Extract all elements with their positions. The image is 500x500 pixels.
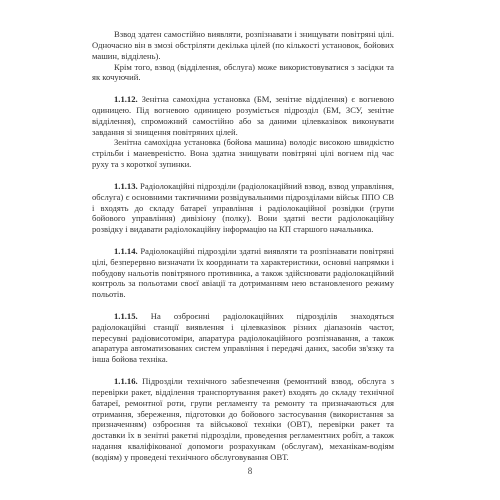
paragraph-1-1-15: 1.1.15. На озброєнні радіолокаційних під… bbox=[92, 311, 394, 365]
paragraph-self-propelled-unit: Зенітна самохідна установка (бойова маши… bbox=[92, 137, 394, 170]
paragraph-1-1-12: 1.1.12. Зенітна самохідна установка (БМ,… bbox=[92, 94, 394, 137]
paragraph-1-1-13: 1.1.13. Радіолокаційні підрозділи (радіо… bbox=[92, 181, 394, 235]
paragraph-text: На озброєнні радіолокаційних підрозділів… bbox=[92, 311, 394, 364]
paragraph-text: Підрозділи технічного забезпечення (ремо… bbox=[92, 376, 394, 462]
paragraph-1-1-16: 1.1.16. Підрозділи технічного забезпечен… bbox=[92, 376, 394, 463]
section-number: 1.1.13. bbox=[114, 181, 138, 191]
paragraph-text: Зенітна самохідна установка (БМ, зенітне… bbox=[92, 94, 394, 137]
page-number: 8 bbox=[0, 466, 500, 476]
paragraph-platoon-ambush: Крім того, взвод (відділення, обслуга) м… bbox=[92, 62, 394, 84]
section-number: 1.1.14. bbox=[114, 246, 138, 256]
paragraph-text: Радіолокаційні підрозділи здатні виявлят… bbox=[92, 246, 394, 299]
document-page: Взвод здатен самостійно виявляти, розпіз… bbox=[92, 29, 394, 463]
section-number: 1.1.12. bbox=[114, 94, 138, 104]
paragraph-text: Радіолокаційні підрозділи (радіолокаційн… bbox=[92, 181, 394, 234]
paragraph-1-1-14: 1.1.14. Радіолокаційні підрозділи здатні… bbox=[92, 246, 394, 300]
section-number: 1.1.15. bbox=[114, 311, 138, 321]
paragraph-platoon-capabilities: Взвод здатен самостійно виявляти, розпіз… bbox=[92, 29, 394, 62]
section-number: 1.1.16. bbox=[114, 376, 138, 386]
